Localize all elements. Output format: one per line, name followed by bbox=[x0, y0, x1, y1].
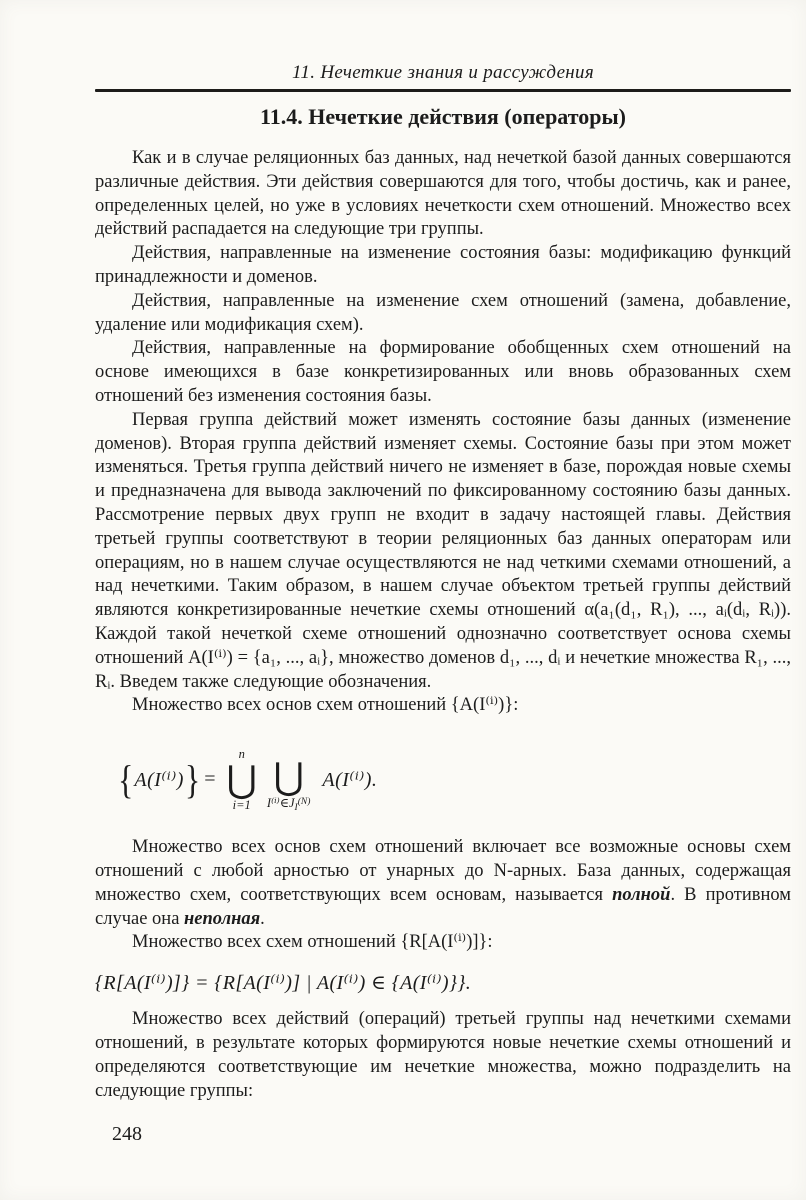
paragraph-basis-completeness: Множество всех основ схем отношений вклю… bbox=[95, 836, 791, 931]
page-number: 248 bbox=[112, 1123, 791, 1146]
section-title: 11.4. Нечеткие действия (операторы) bbox=[95, 104, 791, 130]
paragraph-intro: Как и в случае реляционных баз данных, н… bbox=[95, 147, 791, 242]
left-brace: { bbox=[117, 759, 134, 799]
lead-in-bases-set: Множество всех основ схем отношений {A(I… bbox=[95, 694, 791, 718]
right-brace: } bbox=[184, 759, 201, 799]
paragraph-group-schema-change: Действия, направленные на изменение схем… bbox=[95, 290, 791, 338]
header-rule bbox=[95, 89, 791, 92]
formula-schema-set: {R[A(I⁽ⁱ⁾)]} = {R[A(I⁽ⁱ⁾)] | A(I⁽ⁱ⁾) ∈ {… bbox=[95, 970, 791, 995]
paragraph-group-state-change: Действия, направленные на изменение сост… bbox=[95, 242, 791, 290]
union-lower-limit: i=1 bbox=[233, 798, 251, 812]
union-operator-icon: ⋃ bbox=[227, 761, 257, 798]
term-nepolnaya: неполная bbox=[184, 909, 260, 929]
union-lower-limit: I⁽ⁱ⁾∈JI(N) bbox=[267, 795, 310, 815]
formula-rhs: A(I⁽ⁱ⁾). bbox=[322, 767, 377, 792]
lead-in-schemas-set: Множество всех схем отношений {R[A(I⁽ⁱ⁾)… bbox=[95, 931, 791, 955]
running-head: 11. Нечеткие знания и рассуждения bbox=[95, 62, 791, 84]
paragraph-groups-discussion: Первая группа действий может изменять со… bbox=[95, 409, 791, 695]
book-page: 11. Нечеткие знания и рассуждения 11.4. … bbox=[0, 0, 806, 1200]
formula-union-of-bases: {A(I⁽ⁱ⁾)} = n ⋃ i=1 ⋃ I⁽ⁱ⁾∈JI(N) A(I⁽ⁱ⁾)… bbox=[117, 738, 791, 820]
text-column: 11. Нечеткие знания и рассуждения 11.4. … bbox=[95, 62, 791, 1146]
paragraph-operations-groups: Множество всех действий (операций) треть… bbox=[95, 1008, 791, 1103]
nary-union-outer: n ⋃ i=1 bbox=[227, 747, 257, 812]
term-polnoy: полной bbox=[612, 885, 670, 905]
paragraph-group-generalized-schemas: Действия, направленные на формирование о… bbox=[95, 337, 791, 408]
equals-sign: = bbox=[204, 768, 215, 791]
formula-lhs: A(I⁽ⁱ⁾) bbox=[134, 767, 184, 792]
union-operator-icon: ⋃ bbox=[273, 758, 303, 795]
nary-union-inner: ⋃ I⁽ⁱ⁾∈JI(N) bbox=[267, 744, 310, 815]
